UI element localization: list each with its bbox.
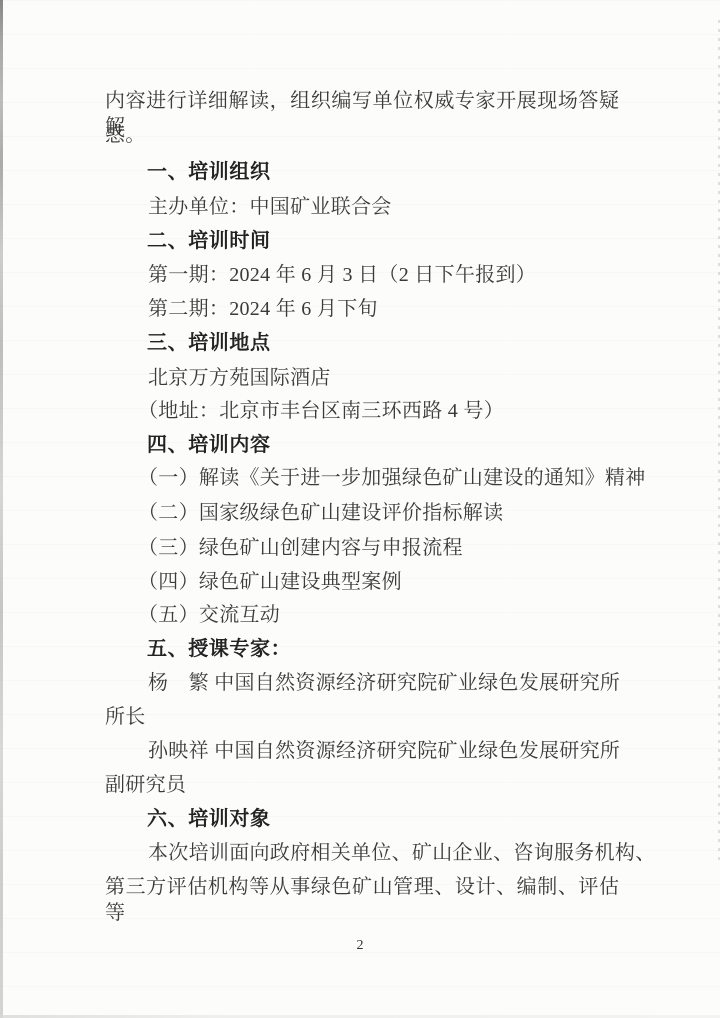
content-item-5: （五）交流互动 [138, 602, 280, 628]
intro-line-2: 惑。 [105, 122, 146, 148]
intro-line-1: 内容进行详细解读，组织编写单位权威专家开展现场答疑解 [105, 88, 619, 140]
session-1-date-line: 第一期：2024 年 6 月 3 日（2 日下午报到） [148, 262, 536, 288]
content-item-3: （三）绿色矿山创建内容与申报流程 [138, 535, 463, 561]
heading-training-organization: 一、培训组织 [147, 159, 271, 185]
heading-training-time: 二、培训时间 [147, 228, 271, 254]
audience-line-2: 第三方评估机构等从事绿色矿山管理、设计、编制、评估等 [105, 874, 619, 926]
scan-edge-left [0, 0, 3, 1018]
page-number: 2 [0, 938, 720, 954]
heading-training-audience: 六、培训对象 [147, 806, 271, 832]
expert-1-title-line: 所长 [105, 704, 146, 730]
heading-training-content: 四、培训内容 [147, 432, 271, 458]
session-2-date-line: 第二期：2024 年 6 月下旬 [148, 296, 378, 322]
hotel-name-line: 北京万方苑国际酒店 [148, 365, 331, 391]
content-item-2: （二）国家级绿色矿山建设评价指标解读 [138, 500, 503, 526]
audience-line-1: 本次培训面向政府相关单位、矿山企业、咨询服务机构、 [148, 840, 656, 866]
content-item-1: （一）解读《关于进一步加强绿色矿山建设的通知》精神 [138, 465, 646, 491]
heading-training-location: 三、培训地点 [147, 330, 271, 356]
heading-lecturers: 五、授课专家： [147, 636, 291, 662]
content-item-4: （四）绿色矿山建设典型案例 [138, 569, 402, 595]
organizer-line: 主办单位：中国矿业联合会 [148, 194, 392, 220]
expert-2-line: 孙映祥 中国自然资源经济研究院矿业绿色发展研究所 [148, 738, 620, 764]
hotel-address-line: （地址：北京市丰台区南三环西路 4 号） [138, 398, 504, 424]
expert-2-title-line: 副研究员 [105, 772, 186, 798]
expert-1-line: 杨 繁 中国自然资源经济研究院矿业绿色发展研究所 [148, 670, 620, 696]
